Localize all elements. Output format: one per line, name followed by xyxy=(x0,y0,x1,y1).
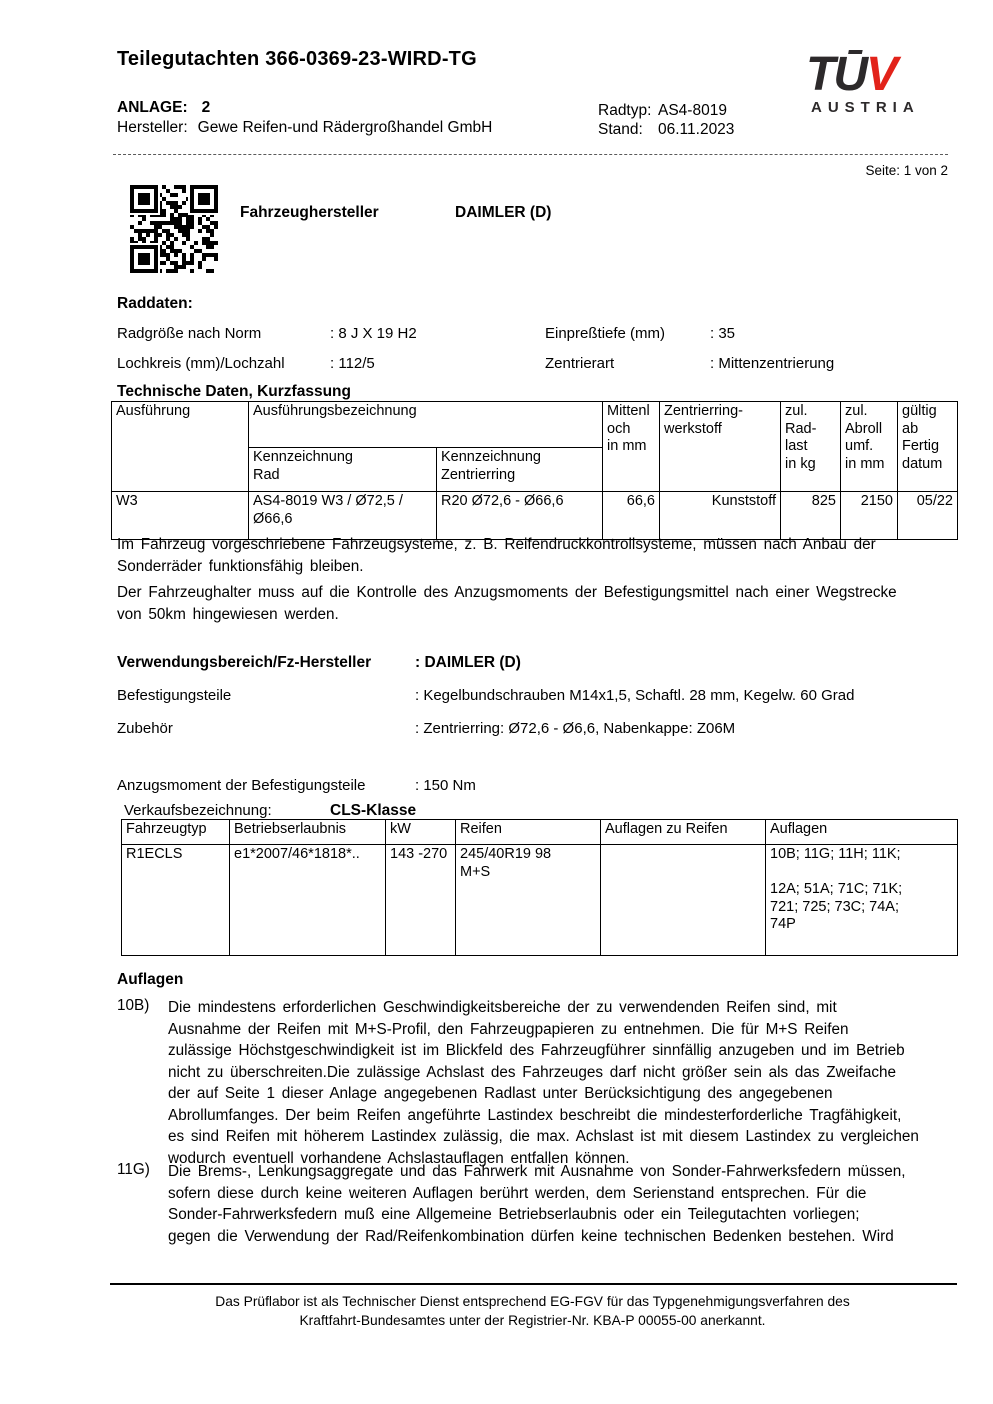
radgroesse-label: Radgröße nach Norm xyxy=(117,325,261,342)
auflage-text: Die Brems-, Lenkungsaggregate und das Fa… xyxy=(168,1161,945,1247)
einpresstiefe-label: Einpreßtiefe (mm) xyxy=(545,325,665,342)
anzugsmoment-label: Anzugsmoment der Befestigungsteile xyxy=(117,777,365,794)
col-header-betriebserlaubnis: Betriebserlaubnis xyxy=(230,820,386,845)
zubehoer-value: : Zentrierring: Ø72,6 - Ø6,6, Nabenkappe… xyxy=(415,720,735,737)
col-header-radlast: zul. Rad- last in kg xyxy=(781,402,841,492)
hersteller-label: Hersteller: xyxy=(117,119,188,136)
auflage-text: Die mindestens erforderlichen Geschwindi… xyxy=(168,997,945,1169)
qr-finder-top-right xyxy=(190,185,218,213)
anlage-label: ANLAGE: xyxy=(117,99,188,116)
tuv-logo-austria: AUSTRIA xyxy=(811,99,946,116)
lochkreis-label: Lochkreis (mm)/Lochzahl xyxy=(117,355,285,372)
col-header-fahrzeugtyp: Fahrzeugtyp xyxy=(122,820,230,845)
lochkreis-value: : 112/5 xyxy=(330,355,375,372)
hersteller-value: Gewe Reifen-und Rädergroßhandel GmbH xyxy=(198,119,493,136)
radtyp-block: Radtyp:AS4-8019 Stand:06.11.2023 xyxy=(598,101,734,139)
befestigungsteile-row: Befestigungsteile : Kegelbundschrauben M… xyxy=(117,687,957,709)
stand-value: 06.11.2023 xyxy=(658,121,734,138)
auflagen-heading: Auflagen xyxy=(117,971,183,989)
col-header-ausfuehrung: Ausführung xyxy=(112,402,249,492)
page-title: Teilegutachten 366-0369-23-WIRD-TG xyxy=(117,48,477,71)
anlage-value: 2 xyxy=(202,99,211,116)
cell-radlast: 825 xyxy=(781,492,841,540)
header-separator-line xyxy=(113,154,948,155)
paragraph-fahrzeugsysteme: Im Fahrzeug vorgeschriebene Fahrzeugsyst… xyxy=(117,534,948,577)
technische-daten-table: Ausführung Ausführungsbezeichnung Mitten… xyxy=(111,401,958,540)
cell-gueltig-ab: 05/22 xyxy=(898,492,958,540)
auflage-item-11g: 11G) Die Brems-, Lenkungsaggregate und d… xyxy=(117,1161,945,1247)
radtyp-line: Radtyp:AS4-8019 xyxy=(598,101,734,120)
col-header-auflagen: Auflagen xyxy=(766,820,958,845)
col-header-ausfuehrungsbezeichnung: Ausführungsbezeichnung xyxy=(249,402,603,448)
stand-line: Stand:06.11.2023 xyxy=(598,120,734,139)
befestigungsteile-value: : Kegelbundschrauben M14x1,5, Schaftl. 2… xyxy=(415,687,854,704)
col-header-kennzeichnung-zentrierring: Kennzeichnung Zentrierring xyxy=(437,448,603,492)
fahrzeughersteller-label: Fahrzeughersteller xyxy=(240,204,379,222)
anzugsmoment-value: : 150 Nm xyxy=(415,777,476,794)
col-header-zentrierringwerkstoff: Zentrierring- werkstoff xyxy=(660,402,781,492)
cell-werkstoff: Kunststoff xyxy=(660,492,781,540)
tuv-logo-v-checkmark: V xyxy=(866,48,896,101)
cell-auflagen: 10B; 11G; 11H; 11K; 12A; 51A; 71C; 71K; … xyxy=(766,845,958,956)
verkaufsbezeichnung-label: Verkaufsbezeichnung: xyxy=(124,802,272,819)
table-row: W3 AS4-8019 W3 / Ø72,5 / Ø66,6 R20 Ø72,6… xyxy=(112,492,958,540)
stand-label: Stand: xyxy=(598,120,658,139)
einpresstiefe-value: : 35 xyxy=(710,325,735,342)
tuv-logo-tu: TŪ xyxy=(806,48,866,101)
auflage-item-10b: 10B) Die mindestens erforderlichen Gesch… xyxy=(117,997,945,1169)
auflage-id: 11G) xyxy=(117,1161,150,1179)
raddaten-row: Radgröße nach Norm : 8 J X 19 H2 Einpreß… xyxy=(117,325,957,345)
col-header-kw: kW xyxy=(386,820,456,845)
col-header-reifen: Reifen xyxy=(456,820,601,845)
cell-fahrzeugtyp: R1ECLS xyxy=(122,845,230,956)
col-header-abrollumfang: zul. Abroll umf. in mm xyxy=(841,402,898,492)
cell-auflagen-zu-reifen xyxy=(601,845,766,956)
cell-abrollumfang: 2150 xyxy=(841,492,898,540)
verwendungsbereich-label: Verwendungsbereich/Fz-Hersteller xyxy=(117,654,371,672)
footer-accreditation-text: Das Prüflabor ist als Technischer Dienst… xyxy=(117,1292,948,1330)
tuv-logo-wordmark: TŪV xyxy=(806,52,946,98)
cell-reifen: 245/40R19 98 M+S xyxy=(456,845,601,956)
anzugsmoment-row: Anzugsmoment der Befestigungsteile : 150… xyxy=(117,777,957,799)
technische-daten-heading: Technische Daten, Kurzfassung xyxy=(117,383,351,401)
verkaufsbezeichnung-value: CLS-Klasse xyxy=(330,802,416,820)
zentrierart-value: : Mittenzentrierung xyxy=(710,355,834,372)
col-header-auflagen-zu-reifen: Auflagen zu Reifen xyxy=(601,820,766,845)
table-row: R1ECLS e1*2007/46*1818*.. 143 -270 245/4… xyxy=(122,845,958,956)
page-number: Seite: 1 von 2 xyxy=(700,163,948,178)
radgroesse-value: : 8 J X 19 H2 xyxy=(330,325,417,342)
cell-betriebserlaubnis: e1*2007/46*1818*.. xyxy=(230,845,386,956)
cell-mittenloch: 66,6 xyxy=(603,492,660,540)
zubehoer-label: Zubehör xyxy=(117,720,173,737)
verwendungsbereich-value: : DAIMLER (D) xyxy=(415,654,521,672)
zubehoer-row: Zubehör : Zentrierring: Ø72,6 - Ø6,6, Na… xyxy=(117,720,957,742)
verwendungsbereich-row: Verwendungsbereich/Fz-Hersteller : DAIML… xyxy=(117,654,957,676)
radtyp-label: Radtyp: xyxy=(598,101,658,120)
document-page: Teilegutachten 366-0369-23-WIRD-TG ANLAG… xyxy=(0,0,993,1404)
raddaten-heading: Raddaten: xyxy=(117,295,193,313)
qr-module xyxy=(214,269,218,273)
befestigungsteile-label: Befestigungsteile xyxy=(117,687,231,704)
anlage-line: ANLAGE:2 xyxy=(117,99,210,117)
col-header-gueltig-ab: gültig ab Fertig datum xyxy=(898,402,958,492)
col-header-kennzeichnung-rad: Kennzeichnung Rad xyxy=(249,448,437,492)
cell-kennzeichnung-rad: AS4-8019 W3 / Ø72,5 / Ø66,6 xyxy=(249,492,437,540)
zentrierart-label: Zentrierart xyxy=(545,355,614,372)
qr-finder-bottom-left xyxy=(130,245,158,273)
fahrzeug-auflagen-table: Fahrzeugtyp Betriebserlaubnis kW Reifen … xyxy=(121,819,958,956)
radtyp-value: AS4-8019 xyxy=(658,102,727,119)
footer-separator-line xyxy=(110,1283,957,1285)
qr-finder-top-left xyxy=(130,185,158,213)
cell-kennzeichnung-zentrierring: R20 Ø72,6 - Ø66,6 xyxy=(437,492,603,540)
hersteller-line: Hersteller:Gewe Reifen-und Rädergroßhand… xyxy=(117,119,492,137)
auflage-id: 10B) xyxy=(117,997,149,1015)
cell-kw: 143 -270 xyxy=(386,845,456,956)
cell-ausfuehrung: W3 xyxy=(112,492,249,540)
fahrzeughersteller-value: DAIMLER (D) xyxy=(455,204,551,222)
paragraph-anzugsmoment-kontrolle: Der Fahrzeughalter muss auf die Kontroll… xyxy=(117,582,948,625)
tuv-austria-logo: TŪV AUSTRIA xyxy=(806,52,946,116)
raddaten-row: Lochkreis (mm)/Lochzahl : 112/5 Zentrier… xyxy=(117,355,957,375)
qr-code xyxy=(130,185,218,273)
col-header-mittenloch: Mittenl och in mm xyxy=(603,402,660,492)
